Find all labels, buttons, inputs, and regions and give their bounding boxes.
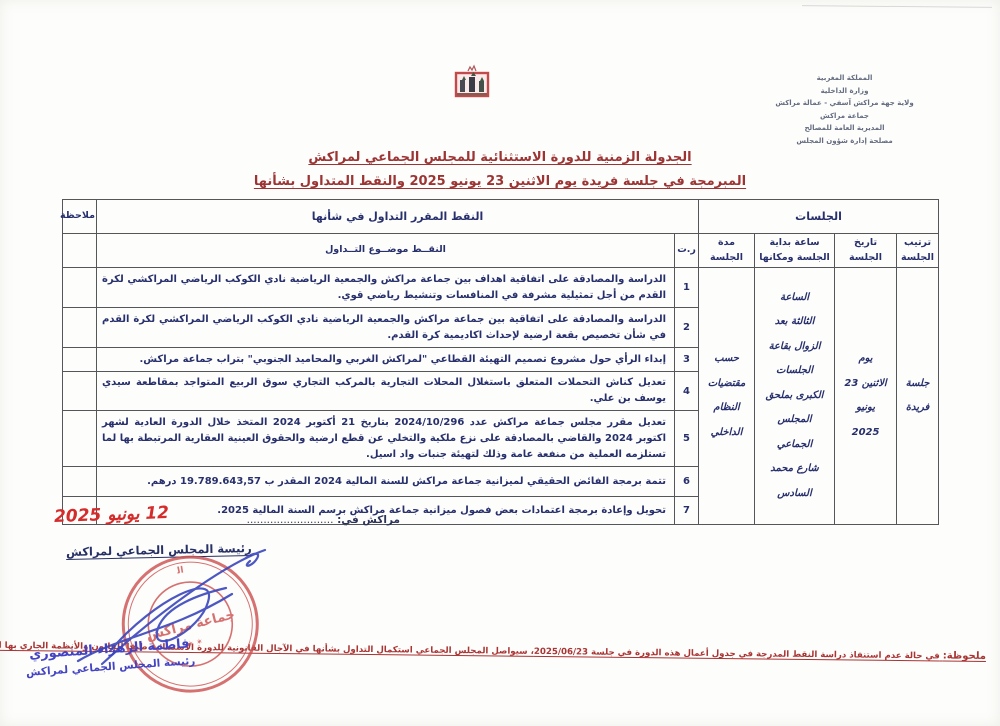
letterhead-line-directorate: المديرية العامة للمصالح [737,122,952,135]
row-number: 1 [675,268,699,308]
column-header-note-spacer [63,234,97,268]
session-time-place-cell: الساعة الثالثة بعد الزوال بقاعة الجلسات … [755,268,835,525]
handwritten-date: 12 يونيو 2025 [54,503,170,527]
letterhead-line-kingdom: المملكة المغربية [737,72,952,85]
agenda-point: تعديل مقرر مجلس جماعة مراكش عدد 2024/10/… [97,411,675,467]
note-cell [63,268,97,308]
note-cell [63,348,97,372]
agenda-point: تتمة برمجة الفائض الحقيقي لميزانية جماعة… [97,467,675,497]
agenda-point: تعديل كناش التحملات المتعلق باستغلال الم… [97,372,675,411]
agenda-point: الدراسة والمصادقة على اتفاقية اهداف بين … [97,268,675,308]
row-number: 7 [675,497,699,525]
letterhead: المملكة المغربية وزارة الداخلية ولاية جه… [737,72,952,148]
title-line-2: المبرمجة في جلسة فريدة يوم الاثنين 23 يو… [254,174,746,189]
letterhead-line-commune: جماعة مراكش [737,110,952,123]
title-line-1: الجدولة الزمنية للدورة الاستثنائية للمجل… [308,150,691,165]
scan-edge-artifact [802,5,992,8]
column-header-session-duration: مدة الجلسة [699,234,755,268]
footnote-label: ملحوظة: [943,651,986,662]
row-number: 3 [675,348,699,372]
agenda-point: إبداء الرأي حول مشروع تصميم التهيئة القط… [97,348,675,372]
note-cell [63,308,97,348]
group-header-sessions: الجلسات [699,200,939,234]
column-header-session-date: تاريخ الجلسة [835,234,897,268]
letterhead-line-wilaya: ولاية جهة مراكش آسفي - عمالة مراكش [737,97,952,110]
row-number: 2 [675,308,699,348]
document-title: الجدولة الزمنية للدورة الاستثنائية للمجل… [0,146,1000,194]
table-row: جلسة فريدة يوم الاثنين 23 يونيو 2025 الس… [63,268,939,308]
letterhead-line-ministry: وزارة الداخلية [737,85,952,98]
column-header-session-order: ترتيب الجلسة [897,234,939,268]
note-cell [63,467,97,497]
column-header-row-number: ر.ت [675,234,699,268]
row-number: 5 [675,411,699,467]
place-date-line: مراكش في: .......................... 12 … [62,514,400,526]
city-crest-icon [448,64,496,112]
column-header-session-time-place: ساعة بداية الجلسة ومكانها [755,234,835,268]
dotted-line: .......................... [247,514,334,526]
session-schedule-table: الجلسات النقط المقرر التداول في شأنها مل… [62,199,939,525]
row-number: 4 [675,372,699,411]
note-cell [63,411,97,467]
handwritten-signature [50,536,320,690]
scanned-document-page: المملكة المغربية وزارة الداخلية ولاية جه… [0,0,1000,726]
column-header-point-subject: النقــط موضــوع التــداول [97,234,675,268]
table-column-header-row: ترتيب الجلسة تاريخ الجلسة ساعة بداية الج… [63,234,939,268]
column-header-note: ملاحظة [63,200,97,234]
note-cell [63,372,97,411]
table-group-header-row: الجلسات النقط المقرر التداول في شأنها مل… [63,200,939,234]
group-header-points: النقط المقرر التداول في شأنها [97,200,699,234]
session-order-cell: جلسة فريدة [897,268,939,525]
session-date-cell: يوم الاثنين 23 يونيو 2025 [835,268,897,525]
agenda-point: الدراسة والمصادقة على اتفاقية بين جماعة … [97,308,675,348]
row-number: 6 [675,467,699,497]
session-duration-cell: حسب مقتضيات النظام الداخلي [699,268,755,525]
place-label: مراكش في: [337,514,400,526]
